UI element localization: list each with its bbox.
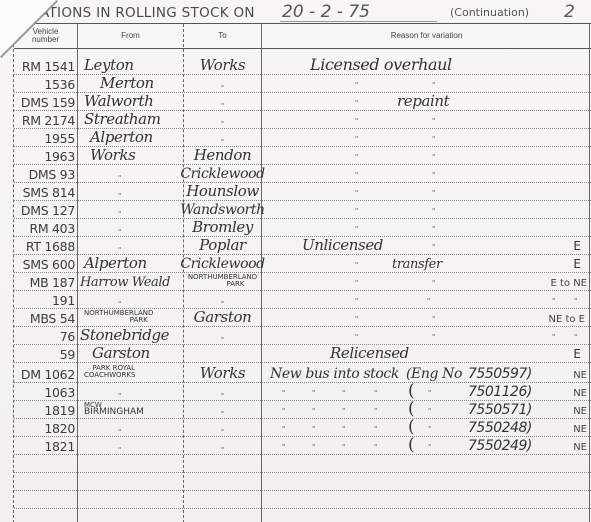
to-location: Hounslow <box>184 182 261 200</box>
table-row: SMS 814 " Hounslow " " <box>14 182 591 201</box>
empty-row <box>14 472 591 491</box>
to-location: Cricklewood <box>184 164 261 182</box>
reason: " " " " ( " 7550571) NE <box>262 400 591 418</box>
reason-ditto: " <box>312 443 315 451</box>
from-ditto: " <box>78 236 183 254</box>
reason-text: Unlicensed <box>302 236 383 254</box>
reason-ditto: " <box>374 425 377 433</box>
from-location: Harrow Weald <box>78 272 183 290</box>
reason-ditto: " <box>312 425 315 433</box>
vehicle-number: 1820 <box>14 418 77 436</box>
to-location: Cricklewood <box>184 254 261 272</box>
header-from: From <box>78 24 183 48</box>
table-row: 59 Garston Relicensed E <box>14 344 591 363</box>
header-reason: Reason for variation <box>262 24 591 48</box>
from-ditto: " <box>78 382 183 400</box>
reason-ditto: " <box>428 443 431 451</box>
table-row: 191 " " " " " " <box>14 290 591 309</box>
to-line2: PARK <box>200 280 244 288</box>
reason: " " " " ( " 7501126) NE <box>262 382 591 400</box>
from-location: Streatham <box>78 110 183 128</box>
form-title-row: ATIONS IN ROLLING STOCK ON 20 - 2 - 75 (… <box>40 2 591 24</box>
reason-text: New bus into stock <box>270 366 399 382</box>
reason-ditto: " <box>312 407 315 415</box>
reason: Licensed overhaul <box>262 54 591 74</box>
reason-ditto: " <box>432 171 435 179</box>
reason: " " <box>262 200 591 218</box>
from-location: Garston <box>78 344 183 362</box>
reason-ditto: " <box>355 297 358 305</box>
reason-ditto: " <box>355 117 358 125</box>
from-line2: COACHWORKS <box>84 371 135 379</box>
vehicle-number: MB 187 <box>14 272 77 290</box>
reason-ditto: " <box>432 315 435 323</box>
from-location: Alperton <box>78 128 183 146</box>
code-marker: E <box>573 257 581 271</box>
reason-ditto: " <box>432 333 435 341</box>
code-ditto: " <box>552 297 555 305</box>
from-location: Works <box>78 146 183 164</box>
form-title: ATIONS IN ROLLING STOCK ON <box>40 5 255 21</box>
paren: ( <box>408 435 414 455</box>
reason-ditto: " <box>312 389 315 397</box>
reason-ditto: " <box>355 135 358 143</box>
to-location: Poplar <box>184 236 261 254</box>
vehicle-number: SMS 814 <box>14 182 77 200</box>
from-location: Leyton <box>78 54 183 74</box>
from-location-text: PARK ROYALCOACHWORKS <box>84 365 135 379</box>
reason: " " " " ( " 7550248) NE <box>262 418 591 436</box>
code-marker: E <box>573 239 581 253</box>
reason-ditto: " <box>428 425 431 433</box>
reason: " " <box>262 110 591 128</box>
table-row: RM 2174 Streatham " " " <box>14 110 591 129</box>
table-row: 1820 " " " " " " ( " 7550248) NE <box>14 418 591 437</box>
reason: " " <box>262 218 591 236</box>
vehicle-number: 1819 <box>14 400 77 418</box>
paren: ( <box>408 417 414 437</box>
to-ditto: " <box>184 92 261 110</box>
reason: " " <box>262 128 591 146</box>
reason: " " " " ( " 7550249) NE <box>262 436 591 454</box>
from-location: Alperton <box>78 254 183 272</box>
table-row: 1063 " " " " " " ( " 7501126) NE <box>14 382 591 401</box>
page-number: 2 <box>564 2 575 22</box>
table-row: 1536 Merton " " " <box>14 74 591 93</box>
code-marker: NE <box>573 406 587 417</box>
to-location: Hendon <box>184 146 261 164</box>
header-vehicle-line2: number <box>32 35 59 44</box>
from-ditto: " <box>78 436 183 454</box>
code-marker: E <box>573 347 581 361</box>
reason-ditto: " <box>432 243 435 251</box>
form-date: 20 - 2 - 75 <box>280 2 437 22</box>
from-location: Walworth <box>78 92 183 110</box>
reason-ditto: " <box>428 389 431 397</box>
from-ditto: " <box>78 200 183 218</box>
to-location: Works <box>184 54 261 74</box>
vehicle-number: RT 1688 <box>14 236 77 254</box>
to-location: Bromley <box>184 218 261 236</box>
from-location-text: MCWBIRMINGHAM <box>84 402 144 416</box>
table-row: 76 Stonebridge " " " " " <box>14 326 591 345</box>
code-marker: NE <box>573 370 587 381</box>
reason-ditto: " <box>355 279 358 287</box>
reason: " " E to NE <box>262 272 591 290</box>
vehicle-number: MBS 54 <box>14 308 77 326</box>
to-ditto: " <box>184 436 261 454</box>
reason-ditto: " <box>432 189 435 197</box>
vehicle-number: RM 1541 <box>14 54 77 74</box>
reason-ditto: " <box>432 117 435 125</box>
vehicle-number: DM 1062 <box>14 362 77 382</box>
reason-ditto: " <box>355 189 358 197</box>
header-to: To <box>184 24 261 48</box>
code-marker: E to NE <box>550 278 587 289</box>
vehicle-number: DMS 93 <box>14 164 77 182</box>
reason-ditto: " <box>342 389 345 397</box>
vehicle-number: SMS 600 <box>14 254 77 272</box>
from-location: Stonebridge <box>78 326 183 344</box>
reason-text: repaint <box>397 92 449 110</box>
reason-ditto: " <box>432 225 435 233</box>
engine-number: 7550249) <box>468 438 532 454</box>
continuation-label: (Continuation) <box>450 6 529 19</box>
from-location: PARK ROYALCOACHWORKS <box>78 362 183 382</box>
reason-ditto: " <box>282 407 285 415</box>
reason-ditto: " <box>374 443 377 451</box>
engine-number: 7550597) <box>468 366 532 382</box>
table-row: DM 1062 PARK ROYALCOACHWORKS Works New b… <box>14 362 591 383</box>
vehicle-number: 1963 <box>14 146 77 164</box>
to-location <box>184 344 261 362</box>
reason-ditto: " <box>355 333 358 341</box>
vehicle-number: 191 <box>14 290 77 308</box>
reason-ditto: " <box>428 407 431 415</box>
from-location: MCWBIRMINGHAM <box>78 400 183 418</box>
code-marker: NE <box>573 388 587 399</box>
from-ditto: " <box>78 218 183 236</box>
from-line2: PARK <box>90 316 148 324</box>
table-row: DMS 159 Walworth " " repaint <box>14 92 591 111</box>
reason-ditto: " <box>374 407 377 415</box>
to-ditto: " <box>184 418 261 436</box>
rolling-stock-table: Vehiclenumber From To Reason for variati… <box>14 23 591 522</box>
reason-ditto: " <box>355 261 358 269</box>
from-ditto: " <box>78 290 183 308</box>
reason-ditto: " <box>355 153 358 161</box>
engine-number: 7550248) <box>468 420 532 436</box>
code-ditto: " <box>552 333 555 341</box>
paren: ( <box>408 399 414 419</box>
table-row: SMS 600 Alperton Cricklewood " transfer … <box>14 254 591 273</box>
reason-ditto: " <box>355 315 358 323</box>
reason-ditto: " <box>355 99 358 107</box>
paren: ( <box>408 381 414 401</box>
code-ditto: " <box>574 297 577 305</box>
reason-ditto: " <box>355 225 358 233</box>
empty-row <box>14 490 591 509</box>
to-ditto: " <box>184 74 261 92</box>
code-ditto: " <box>574 333 577 341</box>
reason: " " NE to E <box>262 308 591 326</box>
reason-ditto: " <box>355 81 358 89</box>
reason-ditto: " <box>432 81 435 89</box>
table-row: 1821 " " " " " " ( " 7550249) NE <box>14 436 591 455</box>
empty-row <box>14 454 591 473</box>
reason: Relicensed E <box>262 344 591 362</box>
reason-ditto: " <box>342 425 345 433</box>
reason-ditto: " <box>282 443 285 451</box>
reason-ditto: " <box>355 207 358 215</box>
vehicle-number: DMS 127 <box>14 200 77 218</box>
to-location: Works <box>184 362 261 382</box>
reason-ditto: " <box>374 389 377 397</box>
vehicle-number: DMS 159 <box>14 92 77 110</box>
document-page: ATIONS IN ROLLING STOCK ON 20 - 2 - 75 (… <box>0 0 591 522</box>
table-row: RT 1688 " Poplar Unlicensed " E <box>14 236 591 255</box>
to-location-text: NORTHUMBERLANDPARK <box>188 274 257 288</box>
vehicle-number: 1821 <box>14 436 77 454</box>
vehicle-number: 76 <box>14 326 77 344</box>
vehicle-number: RM 2174 <box>14 110 77 128</box>
reason-ditto: " <box>432 207 435 215</box>
reason: " " <box>262 164 591 182</box>
code-marker: NE to E <box>548 314 585 325</box>
vehicle-number: RM 403 <box>14 218 77 236</box>
reason-text: Relicensed <box>330 344 409 362</box>
reason: New bus into stock (Eng No 7550597) NE <box>262 362 591 382</box>
to-location: Wandsworth <box>184 200 261 218</box>
vehicle-number: 1536 <box>14 74 77 92</box>
from-line2: BIRMINGHAM <box>84 407 144 417</box>
to-location: NORTHUMBERLANDPARK <box>184 272 261 290</box>
reason: " transfer E <box>262 254 591 272</box>
vehicle-number: 1063 <box>14 382 77 400</box>
reason-ditto: " <box>342 407 345 415</box>
table-row: 1955 Alperton " " " <box>14 128 591 147</box>
from-ditto: " <box>78 182 183 200</box>
to-ditto: " <box>184 326 261 344</box>
from-location-text: NORTHUMBERLANDPARK <box>84 310 153 324</box>
engine-number: 7550571) <box>468 402 532 418</box>
reason-ditto: " <box>427 297 430 305</box>
vehicle-number: 59 <box>14 344 77 362</box>
table-row: MB 187 Harrow Weald NORTHUMBERLANDPARK "… <box>14 272 591 291</box>
from-location: NORTHUMBERLANDPARK <box>78 308 183 326</box>
to-ditto: " <box>184 290 261 308</box>
code-marker: NE <box>573 424 587 435</box>
to-location: Garston <box>184 308 261 326</box>
table-header: Vehiclenumber From To Reason for variati… <box>14 24 591 49</box>
table-row: 1819 MCWBIRMINGHAM " " " " " ( " 7550571… <box>14 400 591 419</box>
to-ditto: " <box>184 400 261 418</box>
reason: " " <box>262 74 591 92</box>
table-row: MBS 54 NORTHUMBERLANDPARK Garston " " NE… <box>14 308 591 327</box>
reason-ditto: " <box>282 389 285 397</box>
reason-ditto: " <box>282 425 285 433</box>
reason: " repaint <box>262 92 591 110</box>
table-row: 1963 Works Hendon " " <box>14 146 591 165</box>
to-ditto: " <box>184 110 261 128</box>
table-row: RM 1541 Leyton Works Licensed overhaul <box>14 54 591 75</box>
reason: " " " " <box>262 326 591 344</box>
from-location: Merton <box>78 74 183 92</box>
table-row: DMS 127 " Wandsworth " " <box>14 200 591 219</box>
code-marker: NE <box>573 442 587 453</box>
reason: Unlicensed " E <box>262 236 591 254</box>
reason: " " <box>262 182 591 200</box>
table-row: RM 403 " Bromley " " <box>14 218 591 237</box>
reason-ditto: " <box>342 443 345 451</box>
from-ditto: " <box>78 164 183 182</box>
reason-text: transfer <box>392 257 442 272</box>
to-ditto: " <box>184 128 261 146</box>
engine-number-label: (Eng No <box>406 366 462 382</box>
engine-number: 7501126) <box>468 384 532 400</box>
from-ditto: " <box>78 418 183 436</box>
reason-ditto: " <box>432 279 435 287</box>
to-ditto: " <box>184 382 261 400</box>
vehicle-number: 1955 <box>14 128 77 146</box>
reason-ditto: " <box>432 153 435 161</box>
table-row: DMS 93 " Cricklewood " " <box>14 164 591 183</box>
reason: " " " " <box>262 290 591 308</box>
reason-ditto: " <box>355 171 358 179</box>
reason-ditto: " <box>432 135 435 143</box>
reason: " " <box>262 146 591 164</box>
